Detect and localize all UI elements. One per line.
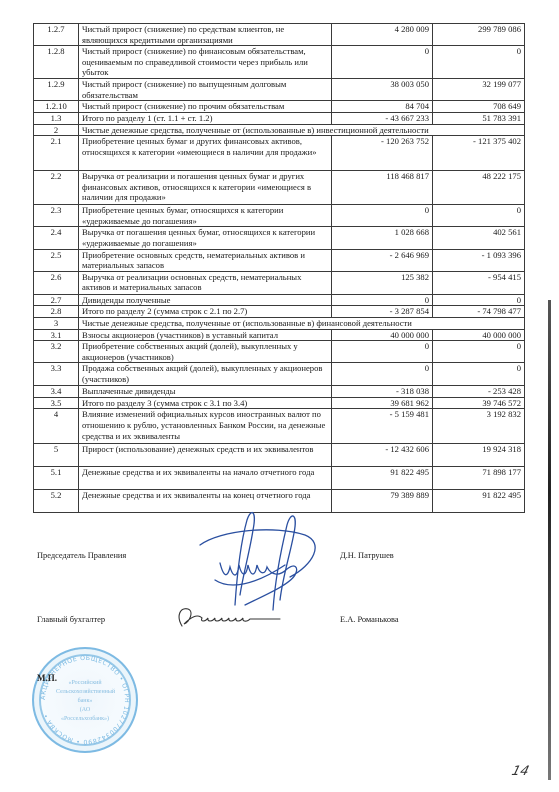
row-number: 2.5 — [34, 249, 79, 271]
row-description: Чистый прирост (снижение) по финансовым … — [79, 46, 332, 79]
value-previous-year: 0 — [433, 363, 525, 386]
row-number: 2 — [34, 124, 79, 136]
table-row: 3.4Выплаченные дивиденды- 318 038- 253 4… — [34, 386, 525, 398]
row-description: Денежные средства и их эквиваленты на на… — [79, 467, 332, 490]
value-previous-year: 3 192 832 — [433, 409, 525, 444]
table-row: 4Влияние изменений официальных курсов ин… — [34, 409, 525, 444]
row-number: 5 — [34, 444, 79, 467]
company-stamp: АКЦИОНЕРНОЕ ОБЩЕСТВО • ОГРН 102770034289… — [32, 647, 138, 753]
table-row: 1.2.10Чистый прирост (снижение) по прочи… — [34, 101, 525, 113]
row-description: Итого по разделу 3 (сумма строк с 3.1 по… — [79, 397, 332, 409]
value-previous-year: 71 898 177 — [433, 467, 525, 490]
row-number: 3.3 — [34, 363, 79, 386]
table-row: 2.1Приобретение ценных бумаг и других фи… — [34, 136, 525, 171]
value-previous-year: 40 000 000 — [433, 329, 525, 341]
cash-flow-table-body: 1.2.7Чистый прирост (снижение) по средст… — [34, 24, 525, 513]
value-previous-year: 19 924 318 — [433, 444, 525, 467]
value-reporting-year: 118 468 817 — [332, 171, 433, 205]
table-row: 2.3Приобретение ценных бумаг, относящихс… — [34, 205, 525, 227]
row-number: 2.3 — [34, 205, 79, 227]
row-number: 3 — [34, 317, 79, 329]
value-previous-year: 51 783 391 — [433, 112, 525, 124]
value-reporting-year: 91 822 495 — [332, 467, 433, 490]
section-header-row: 3Чистые денежные средства, полученные от… — [34, 317, 525, 329]
value-previous-year: 299 789 086 — [433, 24, 525, 46]
table-row: 2.6Выручка от реализации основных средст… — [34, 271, 525, 294]
value-previous-year: - 253 428 — [433, 386, 525, 398]
value-reporting-year: - 3 287 854 — [332, 306, 433, 318]
value-previous-year: 0 — [433, 46, 525, 79]
row-number: 3.4 — [34, 386, 79, 398]
value-reporting-year: 1 028 668 — [332, 227, 433, 249]
table-row: 5.1Денежные средства и их эквиваленты на… — [34, 467, 525, 490]
value-previous-year: 0 — [433, 205, 525, 227]
row-description: Взносы акционеров (участников) в уставны… — [79, 329, 332, 341]
row-number: 2.6 — [34, 271, 79, 294]
value-previous-year: 0 — [433, 341, 525, 363]
table-row: 3.5Итого по разделу 3 (сумма строк с 3.1… — [34, 397, 525, 409]
row-description: Чистый прирост (снижение) по выпущенным … — [79, 79, 332, 101]
table-row: 1.2.9Чистый прирост (снижение) по выпуще… — [34, 79, 525, 101]
chairman-name: Д.Н. Патрушев — [340, 551, 394, 560]
table-row: 2.2Выручка от реализации и погашения цен… — [34, 171, 525, 205]
row-description: Дивиденды полученные — [79, 294, 332, 306]
value-reporting-year: - 12 432 606 — [332, 444, 433, 467]
row-description: Чистый прирост (снижение) по средствам к… — [79, 24, 332, 46]
value-reporting-year: - 5 159 481 — [332, 409, 433, 444]
row-number: 1.2.8 — [34, 46, 79, 79]
table-row: 1.2.7Чистый прирост (снижение) по средст… — [34, 24, 525, 46]
accountant-name: Е.А. Романькова — [340, 615, 399, 624]
row-description: Выручка от погашения ценных бумаг, относ… — [79, 227, 332, 249]
table-row: 2.5Приобретение основных средств, немате… — [34, 249, 525, 271]
value-reporting-year: 0 — [332, 363, 433, 386]
value-reporting-year: 38 003 050 — [332, 79, 433, 101]
value-reporting-year: 40 000 000 — [332, 329, 433, 341]
row-number: 1.2.9 — [34, 79, 79, 101]
value-previous-year: 48 222 175 — [433, 171, 525, 205]
value-previous-year: 91 822 495 — [433, 490, 525, 513]
row-description: Прирост (использование) денежных средств… — [79, 444, 332, 467]
accountant-title: Главный бухгалтер — [37, 615, 105, 624]
section-header-row: 2Чистые денежные средства, полученные от… — [34, 124, 525, 136]
row-number: 3.5 — [34, 397, 79, 409]
row-description: Чистый прирост (снижение) по прочим обяз… — [79, 101, 332, 113]
row-number: 2.4 — [34, 227, 79, 249]
value-reporting-year: - 43 667 233 — [332, 112, 433, 124]
row-description: Приобретение ценных бумаг и других финан… — [79, 136, 332, 171]
row-description: Чистые денежные средства, полученные от … — [79, 124, 525, 136]
table-row: 2.7Дивиденды полученные00 — [34, 294, 525, 306]
row-number: 2.8 — [34, 306, 79, 318]
row-number: 3.2 — [34, 341, 79, 363]
value-previous-year: 32 199 077 — [433, 79, 525, 101]
chairman-signature — [195, 505, 335, 620]
document-page: 1.2.7Чистый прирост (снижение) по средст… — [0, 0, 559, 792]
table-row: 2.8Итого по разделу 2 (сумма строк с 2.1… — [34, 306, 525, 318]
value-reporting-year: - 120 263 752 — [332, 136, 433, 171]
table-row: 3.2Приобретение собственных акций (долей… — [34, 341, 525, 363]
value-reporting-year: 84 704 — [332, 101, 433, 113]
row-description: Приобретение основных средств, нематериа… — [79, 249, 332, 271]
row-number: 2.1 — [34, 136, 79, 171]
accountant-signature — [172, 604, 287, 632]
table-row: 2.4Выручка от погашения ценных бумаг, от… — [34, 227, 525, 249]
scan-edge-line — [548, 300, 551, 780]
value-reporting-year: 0 — [332, 205, 433, 227]
row-description: Выручка от реализации основных средств, … — [79, 271, 332, 294]
row-number: 4 — [34, 409, 79, 444]
value-reporting-year: 4 280 009 — [332, 24, 433, 46]
value-previous-year: - 1 093 396 — [433, 249, 525, 271]
value-reporting-year: 79 389 889 — [332, 490, 433, 513]
row-number: 1.3 — [34, 112, 79, 124]
row-description: Выплаченные дивиденды — [79, 386, 332, 398]
value-reporting-year: - 318 038 — [332, 386, 433, 398]
row-description: Итого по разделу 1 (ст. 1.1 + ст. 1.2) — [79, 112, 332, 124]
value-previous-year: - 74 798 477 — [433, 306, 525, 318]
table-row: 3.3Продажа собственных акций (долей), вы… — [34, 363, 525, 386]
stamp-center-text: «Российский Сельскохозяйственный банк» (… — [56, 679, 114, 724]
row-number: 2.2 — [34, 171, 79, 205]
chairman-title: Председатель Правления — [37, 551, 126, 560]
row-description: Выручка от реализации и погашения ценных… — [79, 171, 332, 205]
row-description: Влияние изменений официальных курсов ино… — [79, 409, 332, 444]
table-row: 5Прирост (использование) денежных средст… — [34, 444, 525, 467]
row-number: 5.1 — [34, 467, 79, 490]
value-previous-year: 0 — [433, 294, 525, 306]
row-description: Продажа собственных акций (долей), выкуп… — [79, 363, 332, 386]
value-reporting-year: 0 — [332, 46, 433, 79]
row-number: 5.2 — [34, 490, 79, 513]
value-reporting-year: 125 382 — [332, 271, 433, 294]
value-previous-year: 39 746 572 — [433, 397, 525, 409]
value-reporting-year: 39 681 962 — [332, 397, 433, 409]
row-number: 1.2.10 — [34, 101, 79, 113]
value-previous-year: - 121 375 402 — [433, 136, 525, 171]
page-number: 14 — [510, 764, 531, 779]
table-row: 1.2.8Чистый прирост (снижение) по финанс… — [34, 46, 525, 79]
row-description: Чистые денежные средства, полученные от … — [79, 317, 525, 329]
value-previous-year: 708 649 — [433, 101, 525, 113]
value-previous-year: 402 561 — [433, 227, 525, 249]
row-number: 2.7 — [34, 294, 79, 306]
table-row: 1.3Итого по разделу 1 (ст. 1.1 + ст. 1.2… — [34, 112, 525, 124]
row-number: 1.2.7 — [34, 24, 79, 46]
row-description: Итого по разделу 2 (сумма строк с 2.1 по… — [79, 306, 332, 318]
value-reporting-year: 0 — [332, 341, 433, 363]
value-previous-year: - 954 415 — [433, 271, 525, 294]
row-description: Приобретение собственных акций (долей), … — [79, 341, 332, 363]
value-reporting-year: 0 — [332, 294, 433, 306]
row-description: Приобретение ценных бумаг, относящихся к… — [79, 205, 332, 227]
cash-flow-table: 1.2.7Чистый прирост (снижение) по средст… — [33, 23, 525, 513]
row-number: 3.1 — [34, 329, 79, 341]
stamp-place-label: М.П. — [37, 673, 57, 683]
table-row: 3.1Взносы акционеров (участников) в уста… — [34, 329, 525, 341]
value-reporting-year: - 2 646 969 — [332, 249, 433, 271]
